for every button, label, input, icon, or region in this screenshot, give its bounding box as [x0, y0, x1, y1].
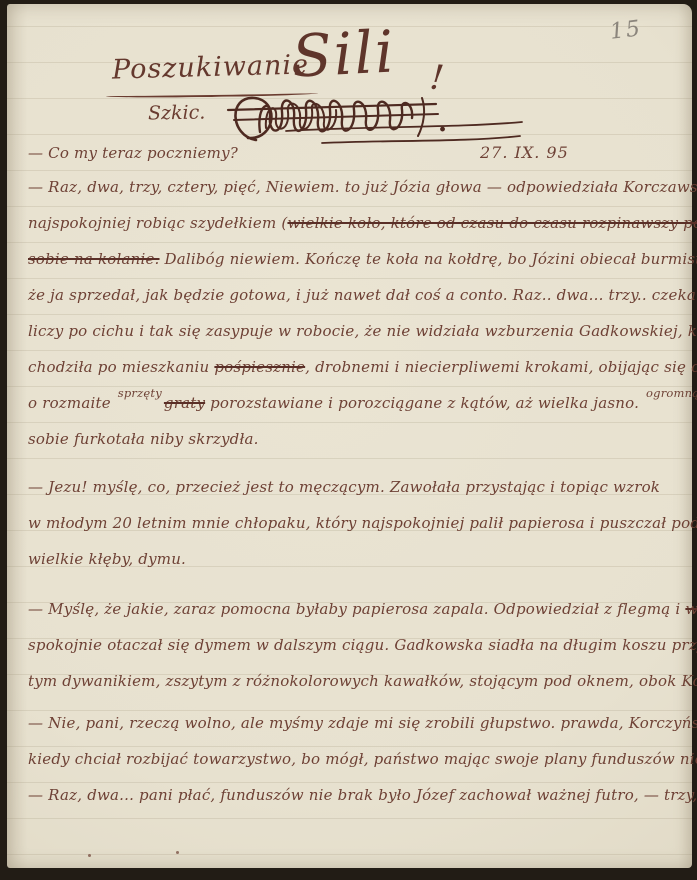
manuscript-line: liczy po cichu i tak się zasypuje w robo… — [28, 316, 683, 352]
handwritten-text: — Nie, pani, rzeczą wolno, ale myśmy zda… — [28, 714, 697, 732]
handwritten-text: , drobnemi i niecierpliwemi krokami, obi… — [305, 358, 697, 376]
struck-through-text: pośpiesznie — [214, 358, 305, 376]
manuscript-line: wielkie kłęby, dymu. — [28, 544, 683, 580]
manuscript-line: tym dywanikiem, zszytym z różnokolorowyc… — [28, 666, 683, 702]
ink-speck — [88, 854, 91, 857]
scribble-trailing-period: . — [438, 108, 447, 138]
handwritten-text: Dalibóg niewiem. Kończę te koła na kołdr… — [160, 250, 697, 268]
manuscript-line: — Nie, pani, rzeczą wolno, ale myśmy zda… — [28, 708, 683, 744]
struck-through-text: wypłynąwszy — [685, 600, 697, 618]
manuscript-line: sobie na kolanie. Dalibóg niewiem. Kończ… — [28, 244, 683, 280]
handwritten-text: tym dywanikiem, zszytym z różnokolorowyc… — [28, 672, 697, 690]
manuscript-subtitle: Szkic. — [148, 102, 206, 125]
manuscript-line: spokojnie otaczał się dymem w dalszym ci… — [28, 630, 683, 666]
manuscript-line: najspokojniej robiąc szydełkiem (wielkie… — [28, 208, 683, 244]
handwritten-text: — Jezu! myślę, co, przecież jest to męcz… — [28, 478, 660, 496]
inserted-above-text: sprzęty — [118, 386, 162, 400]
struck-through-text: graty — [164, 394, 205, 412]
manuscript-line: — Raz, dwa... pani płać, funduszów nie b… — [28, 780, 683, 816]
manuscript-body: — Co my teraz poczniemy?27. IX. 95— Raz,… — [28, 138, 683, 816]
handwritten-text: najspokojniej robiąc szydełkiem ( — [28, 214, 287, 232]
manuscript-title: Poszukiwanie — [112, 49, 310, 85]
inserted-above-text: ogromną — [646, 386, 697, 400]
struck-through-text: wielkie koło, które od czasu do czasu ro… — [287, 214, 697, 232]
handwritten-text: w młodym 20 letnim mnie chłopaku, który … — [28, 514, 697, 532]
title-flourish-word: Sili — [290, 17, 397, 90]
handwritten-text: chodziła po mieszkaniu — [28, 358, 214, 376]
handwritten-text: że ja sprzedał, jak będzie gotowa, i już… — [28, 286, 696, 304]
manuscript-line: — Raz, dwa, trzy, cztery, pięć, Niewiem.… — [28, 172, 683, 208]
handwritten-text: spokojnie otaczał się dymem w dalszym ci… — [28, 636, 697, 654]
manuscript-line: — Myślę, że jakie, zaraz pomocna byłaby … — [28, 594, 683, 630]
struck-through-text: sobie na kolanie. — [28, 250, 160, 268]
handwritten-text: wielkie kłęby, dymu. — [28, 550, 186, 568]
handwritten-text: — Myślę, że jakie, zaraz pomocna byłaby … — [28, 600, 685, 618]
handwritten-text: liczy po cichu i tak się zasypuje w robo… — [28, 322, 697, 340]
handwritten-text: — Raz, dwa, trzy, cztery, pięć, Niewiem.… — [28, 178, 697, 196]
manuscript-line: — Co my teraz poczniemy?27. IX. 95 — [28, 138, 683, 172]
handwritten-text: porozstawiane i porozciągane z kątów, aż… — [205, 394, 644, 412]
handwritten-text: — Co my teraz poczniemy? — [28, 144, 238, 162]
handwritten-text: kiedy chciał rozbijać towarzystwo, bo mó… — [28, 750, 697, 768]
handwritten-text: — Raz, dwa... pani płać, funduszów nie b… — [28, 786, 697, 804]
manuscript-line: sobie furkotała niby skrzydła. — [28, 424, 683, 460]
entry-date: 27. IX. 95 — [480, 138, 569, 168]
manuscript-line: w młodym 20 letnim mnie chłopaku, który … — [28, 508, 683, 544]
ink-speck — [176, 851, 179, 854]
handwritten-text: sobie furkotała niby skrzydła. — [28, 430, 259, 448]
manuscript-line: kiedy chciał rozbijać towarzystwo, bo mó… — [28, 744, 683, 780]
manuscript-line: o rozmaite sprzętygraty porozstawiane i … — [28, 388, 683, 424]
manuscript-line: chodziła po mieszkaniu pośpiesznie, drob… — [28, 352, 683, 388]
page-number: 15 — [609, 16, 644, 45]
handwritten-text: o rozmaite — [28, 394, 116, 412]
manuscript-line: że ja sprzedał, jak będzie gotowa, i już… — [28, 280, 683, 316]
manuscript-line: — Jezu! myślę, co, przecież jest to męcz… — [28, 472, 683, 508]
